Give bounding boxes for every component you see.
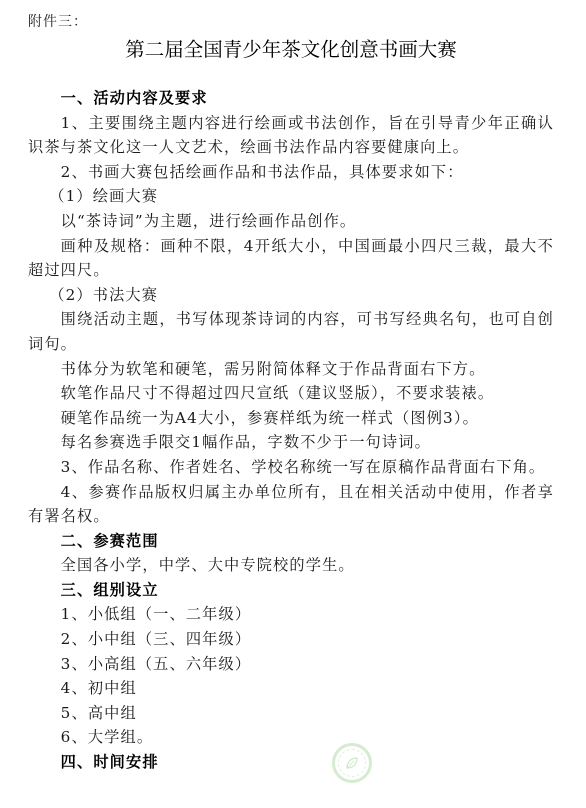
paragraph-hard-pen: 硬笔作品统一为A4大小，参赛样纸为统一样式（图例3）。 <box>28 406 554 431</box>
paragraph-entry-limit: 每名参赛选手限交1幅作品，字数不少于一句诗词。 <box>28 430 554 455</box>
leaf-seal-icon <box>332 743 372 783</box>
group-item: 3、小高组（五、六年级） <box>28 652 554 677</box>
group-item: 6、大学组。 <box>28 725 554 750</box>
seal-inner-ring <box>338 749 366 777</box>
group-item: 1、小低组（一、二年级） <box>28 602 554 627</box>
paragraph-item-2: 2、书画大赛包括绘画作品和书法作品，具体要求如下： <box>28 160 554 185</box>
leaf-icon <box>344 755 360 771</box>
attachment-label: 附件三： <box>28 12 554 32</box>
subheading-calligraphy: （2）书法大赛 <box>28 283 554 308</box>
paragraph-calligraphy-theme: 围绕活动主题，书写体现茶诗词的内容，可书写经典名句，也可自创词句。 <box>28 307 554 356</box>
section-heading-schedule: 四、时间安排 <box>28 750 554 775</box>
paragraph-soft-brush: 软笔作品尺寸不得超过四尺宣纸（建议竖版），不要求装裱。 <box>28 381 554 406</box>
group-item: 4、初中组 <box>28 676 554 701</box>
section-heading-groups: 三、组别设立 <box>28 578 554 603</box>
group-item: 5、高中组 <box>28 701 554 726</box>
group-item: 2、小中组（三、四年级） <box>28 627 554 652</box>
paragraph-calligraphy-style: 书体分为软笔和硬笔，需另附简体释文于作品背面右下方。 <box>28 357 554 382</box>
paragraph-painting-theme: 以“茶诗词”为主题，进行绘画作品创作。 <box>28 209 554 234</box>
paragraph-item-3: 3、作品名称、作者姓名、学校名称统一写在原稿作品背面右下角。 <box>28 455 554 480</box>
document-page: 附件三： 第二届全国青少年茶文化创意书画大赛 一、活动内容及要求 1、主要围绕主… <box>28 12 554 775</box>
document-body: 一、活动内容及要求 1、主要围绕主题内容进行绘画或书法创作，旨在引导青少年正确认… <box>28 86 554 775</box>
paragraph-scope: 全国各小学，中学、大中专院校的学生。 <box>28 553 554 578</box>
paragraph-painting-spec: 画种及规格：画种不限，4开纸大小，中国画最小四尺三裁，最大不超过四尺。 <box>28 234 554 283</box>
section-heading-scope: 二、参赛范围 <box>28 529 554 554</box>
document-title: 第二届全国青少年茶文化创意书画大赛 <box>28 36 554 64</box>
section-heading-activity: 一、活动内容及要求 <box>28 86 554 111</box>
paragraph-item-1: 1、主要围绕主题内容进行绘画或书法创作，旨在引导青少年正确认识茶与茶文化这一人文… <box>28 111 554 160</box>
subheading-painting: （1）绘画大赛 <box>28 184 554 209</box>
paragraph-item-4: 4、参赛作品版权归属主办单位所有，且在相关活动中使用，作者享有署名权。 <box>28 480 554 529</box>
